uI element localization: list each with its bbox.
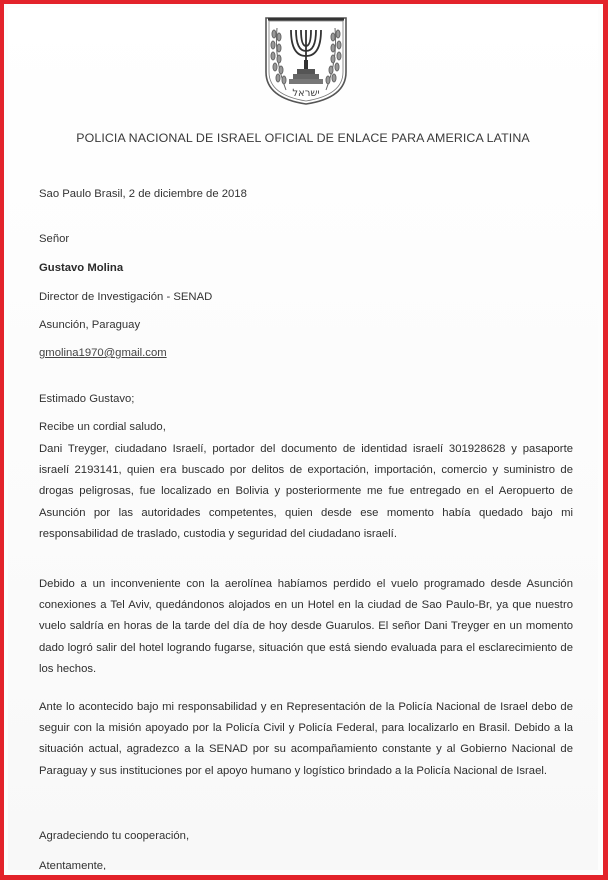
sign-off: Atentamente, bbox=[39, 860, 106, 870]
paragraph-3: Ante lo acontecido bajo mi responsabilid… bbox=[39, 697, 573, 782]
greeting: Estimado Gustavo; bbox=[39, 393, 134, 405]
recipient-email-link[interactable]: gmolina1970@gmail.com bbox=[39, 347, 167, 359]
paragraph-2: Debido a un inconveniente con la aerolín… bbox=[39, 574, 573, 680]
recipient-title: Señor bbox=[39, 233, 69, 245]
place-date: Sao Paulo Brasil, 2 de diciembre de 2018 bbox=[39, 188, 247, 200]
closing-thanks: Agradeciendo tu cooperación, bbox=[39, 830, 189, 842]
state-of-israel-emblem-icon: ישראל bbox=[260, 14, 352, 108]
recipient-location: Asunción, Paraguay bbox=[39, 319, 140, 331]
opening-line: Recibe un cordial saludo, bbox=[39, 421, 166, 433]
red-image-frame: ישראל POLICIA NACIONAL DE ISRAEL OFICIAL… bbox=[0, 0, 608, 880]
document-title: POLICIA NACIONAL DE ISRAEL OFICIAL DE EN… bbox=[8, 131, 598, 145]
svg-text:ישראל: ישראל bbox=[292, 88, 319, 99]
recipient-position: Director de Investigación - SENAD bbox=[39, 291, 212, 303]
paragraph-1: Dani Treyger, ciudadano Israelí, portado… bbox=[39, 439, 573, 545]
recipient-name: Gustavo Molina bbox=[39, 262, 123, 274]
letter-page: ישראל POLICIA NACIONAL DE ISRAEL OFICIAL… bbox=[8, 8, 598, 870]
